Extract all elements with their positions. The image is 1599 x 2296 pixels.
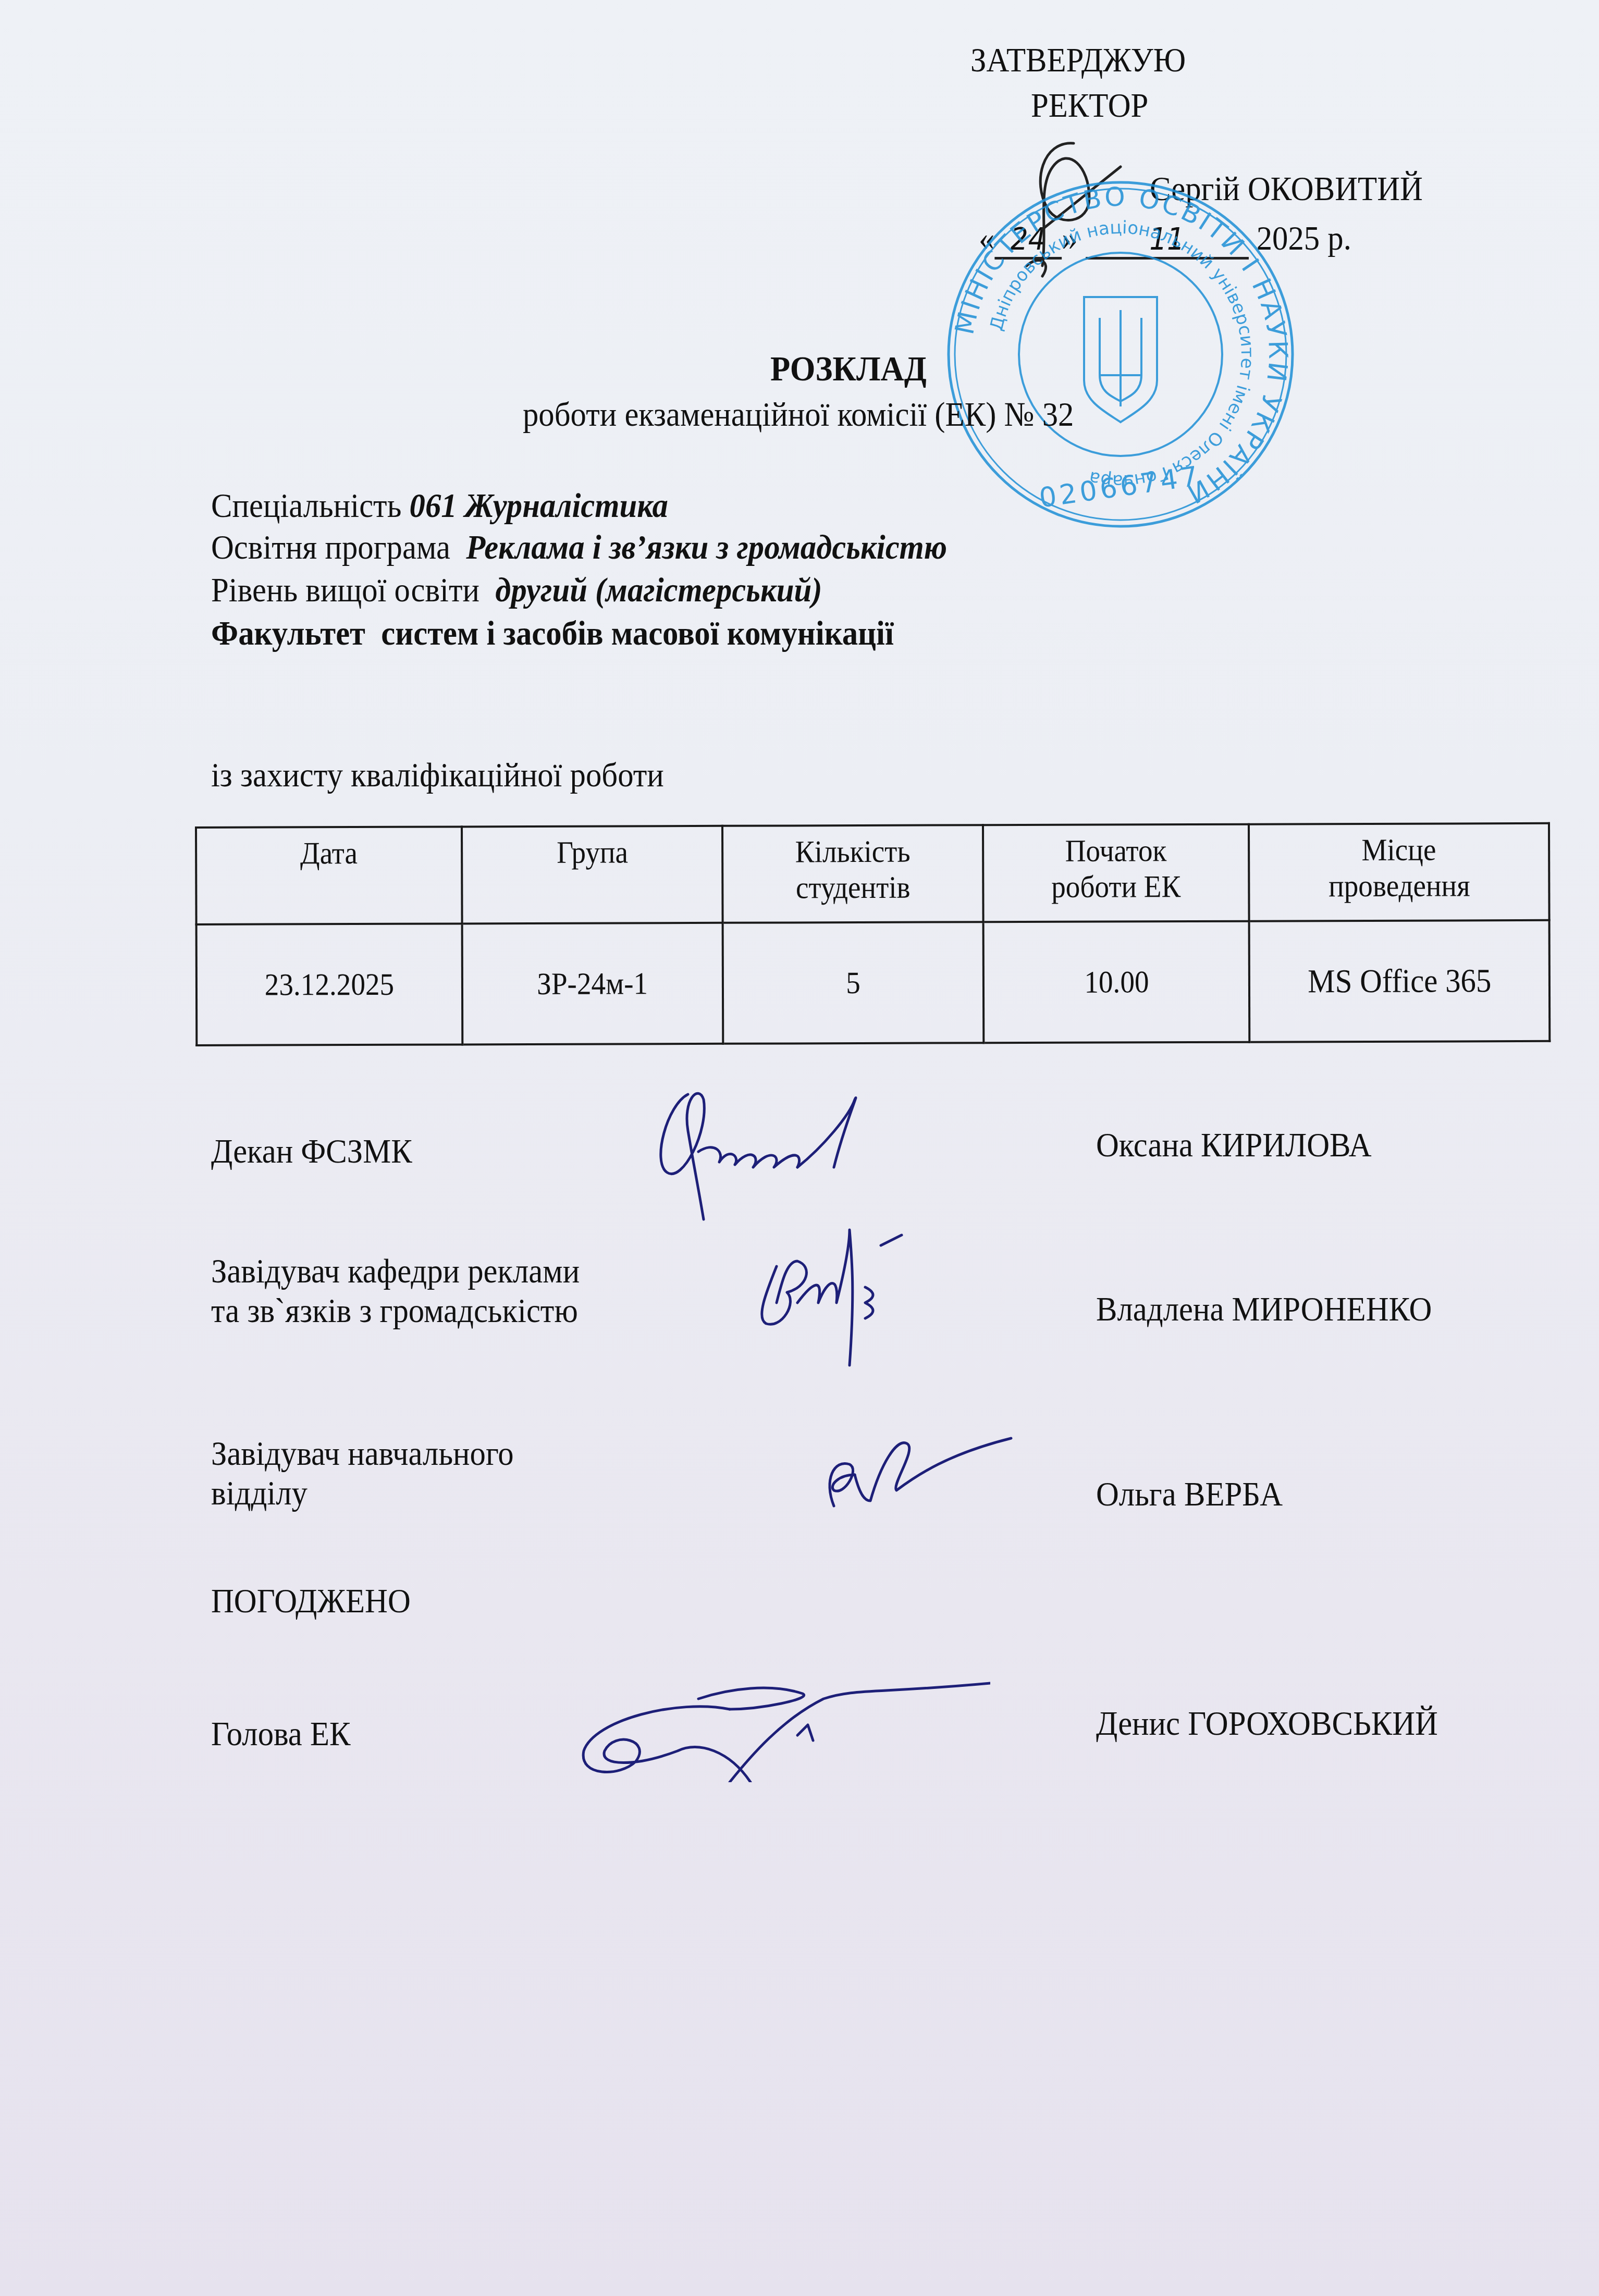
- dean-role: Декан ФСЗМК: [211, 1132, 412, 1171]
- faculty-value: систем і засобів масової комунікації: [381, 614, 894, 652]
- level-value: другий (магістерський): [495, 571, 822, 609]
- cell-student-count: 5: [723, 922, 984, 1044]
- table-row: 23.12.2025 ЗР-24м-1 5 10.00 MS Office 36…: [196, 920, 1550, 1045]
- dean-signature: [646, 1084, 949, 1230]
- cell-group: ЗР-24м-1: [462, 923, 723, 1045]
- specialty-label: Спеціальність: [211, 487, 401, 525]
- head-of-department-name: Владлена МИРОНЕНКО: [1096, 1290, 1432, 1329]
- head-of-department-role: Завідувач кафедри реклами та зв`язків з …: [211, 1252, 580, 1331]
- commission-chair-role: Голова ЕК: [211, 1714, 351, 1754]
- cell-start-time: 10.00: [983, 921, 1250, 1043]
- header-date: Дата: [196, 826, 462, 924]
- schedule-table: Дата Група Кількістьстудентів Початокроб…: [195, 822, 1551, 1046]
- stamp-code: 02066747: [1037, 461, 1203, 514]
- level-line: Рівень вищої освіти другий (магістерськи…: [211, 571, 822, 610]
- approval-role: РЕКТОР: [1031, 86, 1148, 126]
- dean-name: Оксана КИРИЛОВА: [1096, 1126, 1372, 1165]
- coat-of-arms-icon: [1084, 297, 1157, 422]
- approval-title: ЗАТВЕРДЖУЮ: [970, 41, 1186, 80]
- svg-text:Дніпровський національний унів: Дніпровський національний університет ім…: [986, 217, 1258, 491]
- agreed-label: ПОГОДЖЕНО: [211, 1582, 411, 1621]
- level-label: Рівень вищої освіти: [211, 571, 479, 609]
- program-label: Освітня програма: [211, 528, 450, 566]
- head-of-department-signature: [745, 1214, 1016, 1371]
- head-of-academic-office-role: Завідувач навчального відділу: [211, 1434, 514, 1513]
- program-line: Освітня програма Реклама і зв’язки з гро…: [211, 528, 947, 567]
- cell-location: MS Office 365: [1249, 920, 1550, 1042]
- specialty-line: Спеціальність 061 Журналістика: [211, 486, 668, 526]
- document-title: РОЗКЛАД: [770, 348, 927, 389]
- header-start-time: Початокроботи ЕК: [983, 824, 1249, 922]
- university-stamp: МІНІСТЕРСТВО ОСВІТИ І НАУКИ УКРАЇНИ Дніп…: [943, 177, 1298, 532]
- commission-chair-name: Денис ГОРОХОВСЬКИЙ: [1096, 1704, 1438, 1744]
- document-subtitle: роботи екзаменаційної комісії (ЕК) № 32: [523, 395, 1074, 435]
- header-group: Група: [462, 826, 723, 924]
- header-location: Місцепроведення: [1249, 823, 1549, 921]
- head-of-academic-office-name: Ольга ВЕРБА: [1096, 1475, 1283, 1514]
- header-student-count: Кількістьстудентів: [722, 825, 983, 923]
- commission-chair-signature: [573, 1678, 990, 1782]
- table-header-row: Дата Група Кількістьстудентів Початокроб…: [196, 823, 1549, 924]
- specialty-value: 061 Журналістика: [410, 487, 668, 525]
- cell-date: 23.12.2025: [196, 923, 463, 1045]
- faculty-line: Факультет систем і засобів масової комун…: [211, 614, 894, 653]
- purpose-line: із захисту кваліфікаційної роботи: [211, 756, 664, 795]
- faculty-label: Факультет: [211, 614, 365, 652]
- program-value: Реклама і зв’язки з громадськістю: [466, 528, 947, 566]
- head-of-academic-office-signature: [813, 1423, 1022, 1516]
- stamp-inner-text: Дніпровський національний університет ім…: [986, 217, 1258, 491]
